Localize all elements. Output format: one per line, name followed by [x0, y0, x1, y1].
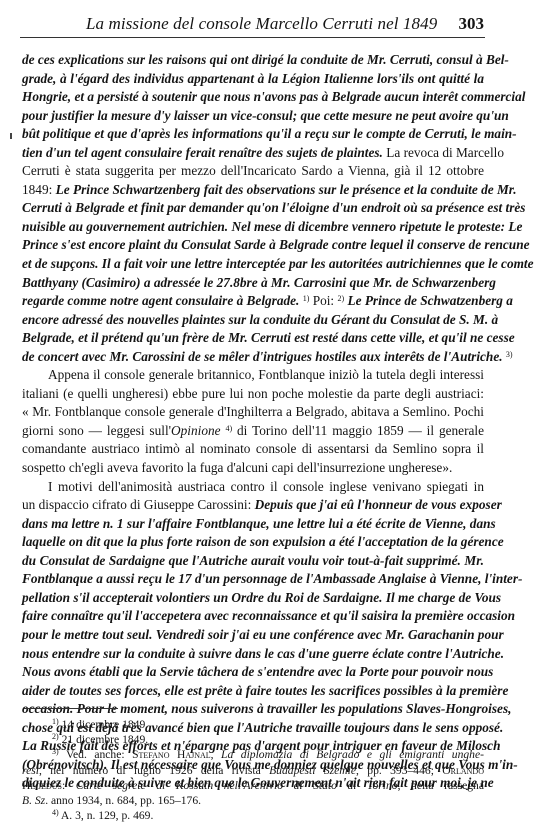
body-text: italiani (e quelli ungheresi) ebbe pure …	[22, 386, 484, 401]
body-line: pellation s'il accepterait volontiers un…	[22, 589, 484, 608]
body-text: laquelle on dit que la plus forte raison…	[22, 534, 504, 549]
body-text: Prince s'est encore plaint du Consulat S…	[22, 237, 530, 252]
footnote-marker: 4)	[52, 808, 59, 817]
body-line: nuisible au gouvernement autrichien. Nel…	[22, 218, 484, 237]
body-line: dans ma lettre n. 1 sur l'affaire Fontbl…	[22, 515, 484, 534]
footnote-line: 2) 21 dicembre 1849.	[22, 732, 484, 747]
body-line: grade, à l'égard des individus appartena…	[22, 70, 484, 89]
body-line: Nous avons établi que la Servie tâchera …	[22, 663, 484, 682]
footnote-marker: 3)	[506, 350, 513, 359]
body-line: occasion. Pour le moment, nous suiverons…	[22, 700, 484, 719]
footnotes: 1) 14 dicembre 1849.2) 21 dicembre 1849.…	[22, 717, 484, 823]
body-line: et de supçons. Il a fait voir une lettre…	[22, 255, 484, 274]
footnote-marker: 1)	[52, 717, 59, 726]
body-text: grade, à l'égard des individus appartena…	[22, 71, 484, 86]
body-text: 1849:	[22, 182, 56, 197]
body-text: Le Prince de Schwatzenberg a	[344, 293, 513, 308]
body-line: Prince s'est encore plaint du Consulat S…	[22, 236, 484, 255]
footnote-text: Budapesti Szemle	[269, 764, 356, 777]
body-text: de ces explications sur les raisons qui …	[22, 52, 509, 67]
body-line: comandante austriaco intimò al nominato …	[22, 440, 484, 459]
footnote-text: 14 dicembre 1849.	[59, 718, 149, 731]
body-line: 1849: Le Prince Schwartzenberg fait des …	[22, 181, 484, 200]
footnote-marker: 2)	[52, 732, 59, 741]
body-text: faire connaître qu'il l'accepetera avec …	[22, 608, 515, 623]
body-line: Appena il console generale britannico, F…	[22, 366, 484, 385]
footnote-text: A. 3, n. 129, p. 469.	[59, 809, 154, 822]
page-number: 303	[459, 14, 485, 34]
footnote-line: 1) 14 dicembre 1849.	[22, 717, 484, 732]
body-text: Le Prince Schwartzenberg fait des observ…	[56, 182, 517, 197]
body-text: Hongrie, et a persisté à soutenir que no…	[22, 89, 525, 104]
body-text: nuisible au gouvernement autrichien.	[22, 219, 228, 234]
footnote-text: Ved. anche:	[59, 748, 132, 761]
body-text: pour le mettre tout seul. Vendredi soir …	[22, 627, 504, 642]
footnote-line: 3) Ved. anche: Stefano Hajnal, La diplom…	[22, 747, 484, 762]
body-line: Cerruti è stata suggerita per mezzo dell…	[22, 162, 484, 181]
body-text: nous entendre sur la conduite à suivre d…	[22, 646, 504, 661]
footnote-text: Carte segrete di Kossuth nell'Archivio d…	[76, 779, 398, 792]
body-line: faire connaître qu'il l'accepetera avec …	[22, 607, 484, 626]
running-head: La missione del console Marcello Cerruti…	[22, 14, 484, 34]
body-text: Cerruti è stata suggerita per mezzo dell…	[22, 163, 484, 178]
footnote-text: Stefano Hajnal	[132, 748, 211, 761]
footnote-line: B. Sz. anno 1934, n. 684, pp. 165–176.	[22, 793, 484, 808]
body-line: Hongrie, et a persisté à soutenir que no…	[22, 88, 484, 107]
body-text: Appena il console generale britannico, F…	[48, 367, 484, 382]
body-line: pour le mettre tout seul. Vendredi soir …	[22, 626, 484, 645]
body-text: comandante austriaco intimò al nominato …	[22, 441, 484, 456]
body-text: aider de toutes ses forces, elle est prê…	[22, 683, 508, 698]
body-line: de concert avec Mr. Carossini de se mêle…	[22, 348, 484, 367]
body-text: encore adressé des nouvelles plaintes su…	[22, 312, 498, 327]
body-line: tien d'un tel agent consulaire ferait re…	[22, 144, 484, 163]
body-line: Fontblanque a aussi reçu le 17 d'un pers…	[22, 570, 484, 589]
body-text: Depuis que j'ai eû l'honneur de vous exp…	[255, 497, 502, 512]
body-text: Opinione	[171, 423, 221, 438]
body-line: encore adressé des nouvelles plaintes su…	[22, 311, 484, 330]
body-line: giorni sono — leggesi sull'Opinione 4) d…	[22, 422, 484, 441]
footnote-text: Orlando	[442, 764, 484, 777]
body-line: laquelle on dit que la plus forte raison…	[22, 533, 484, 552]
body-line: regarde comme notre agent consulaire à B…	[22, 292, 484, 311]
body-line: I motivi dell'animosità austriaca contro…	[22, 478, 484, 497]
margin-mark	[10, 133, 12, 139]
body-line: « Mr. Fontblanque console generale d'Ing…	[22, 403, 484, 422]
body-line: Cerruti à Belgrade et finit par demander…	[22, 199, 484, 218]
footnote-text: La diplomazia di Belgrado e gli emigrant…	[221, 748, 484, 761]
body-text: La revoca di Marcello	[383, 145, 504, 160]
footnote-text: . anno 1934, n. 684, pp. 165–176.	[45, 794, 201, 807]
body-line: un dispaccio cifrato di Giuseppe Carossi…	[22, 496, 484, 515]
body-text: Cerruti à Belgrade et finit par demander…	[22, 200, 525, 215]
body-line: du Consulat de Sardaigne que l'Autriche …	[22, 552, 484, 571]
body-line: italiani (e quelli ungheresi) ebbe pure …	[22, 385, 484, 404]
body-text: Nous avons établi que la Servie tâchera …	[22, 664, 493, 679]
body-text: pour justifier la mesure d'y laisser un …	[22, 108, 509, 123]
body-text: de concert avec Mr. Carossini de se mêle…	[22, 349, 503, 364]
body-line: nous entendre sur la conduite à suivre d…	[22, 645, 484, 664]
footnote-text: , nella rassegna	[398, 779, 484, 792]
footnote-text: resi	[22, 764, 39, 777]
body-text: « Mr. Fontblanque console generale d'Ing…	[22, 404, 484, 419]
footnote-text: , nel numero di luglio 1926 della rivist…	[39, 764, 269, 777]
body-text: giorni sono — leggesi sull'	[22, 423, 171, 438]
body-text: bût politique et que d'après les informa…	[22, 126, 517, 141]
body-text: di Torino dell'11 maggio 1859 — il gener…	[232, 423, 484, 438]
body-line: pour justifier la mesure d'y laisser un …	[22, 107, 484, 126]
body-text: du Consulat de Sardaigne que l'Autriche …	[22, 553, 484, 568]
body-text: et de supçons. Il a fait voir une lettre…	[22, 256, 534, 271]
body-line: sospetto ch'egli aveva favorito la fuga …	[22, 459, 484, 478]
body-line: Batthyany (Casimiro) a adressée le 27.8b…	[22, 274, 484, 293]
footnote-text: :	[62, 779, 76, 792]
footnote-text: ,	[211, 748, 221, 761]
body-line: de ces explications sur les raisons qui …	[22, 51, 484, 70]
running-title: La missione del console Marcello Cerruti…	[86, 14, 437, 34]
footnote-text: 21 dicembre 1849.	[59, 733, 149, 746]
body-text: Fontblanque a aussi reçu le 17 d'un pers…	[22, 571, 522, 586]
body-text: pellation s'il accepterait volontiers un…	[22, 590, 501, 605]
body-text: Le	[508, 219, 522, 234]
body-text: un dispaccio cifrato di Giuseppe Carossi…	[22, 497, 255, 512]
header-rule	[20, 37, 485, 38]
body-text: sospetto ch'egli aveva favorito la fuga …	[22, 460, 452, 475]
body-text: Batthyany (Casimiro) a adressée le 27.8b…	[22, 275, 496, 290]
book-page: La missione del console Marcello Cerruti…	[0, 0, 550, 828]
footnote-text: Hegedüs	[22, 779, 62, 792]
body-text: I motivi dell'animosità austriaca contro…	[48, 479, 484, 494]
footnote-line: 4) A. 3, n. 129, p. 469.	[22, 808, 484, 823]
footnote-line: Hegedüs: Carte segrete di Kossuth nell'A…	[22, 778, 484, 793]
body-text: dans ma lettre n. 1 sur l'affaire Fontbl…	[22, 516, 496, 531]
footnote-text: B. Sz	[22, 794, 45, 807]
body-line: aider de toutes ses forces, elle est prê…	[22, 682, 484, 701]
body-text: Nel mese di dicembre vennero ripetute le…	[228, 219, 508, 234]
body-text: Belgrade, et il prétend qu'un frère de M…	[22, 330, 515, 345]
body-text: de ces explications sur les raisons qui …	[22, 51, 484, 793]
body-text: Poi:	[309, 293, 337, 308]
body-text: tien d'un tel agent consulaire ferait re…	[22, 145, 383, 160]
body-line: bût politique et que d'après les informa…	[22, 125, 484, 144]
footnote-rule	[24, 708, 118, 709]
footnote-text: , pp. 393–446;	[356, 764, 442, 777]
body-text: regarde comme notre agent consulaire à B…	[22, 293, 299, 308]
footnote-marker: 3)	[52, 747, 59, 756]
footnote-line: resi, nel numero di luglio 1926 della ri…	[22, 763, 484, 778]
body-line: Belgrade, et il prétend qu'un frère de M…	[22, 329, 484, 348]
